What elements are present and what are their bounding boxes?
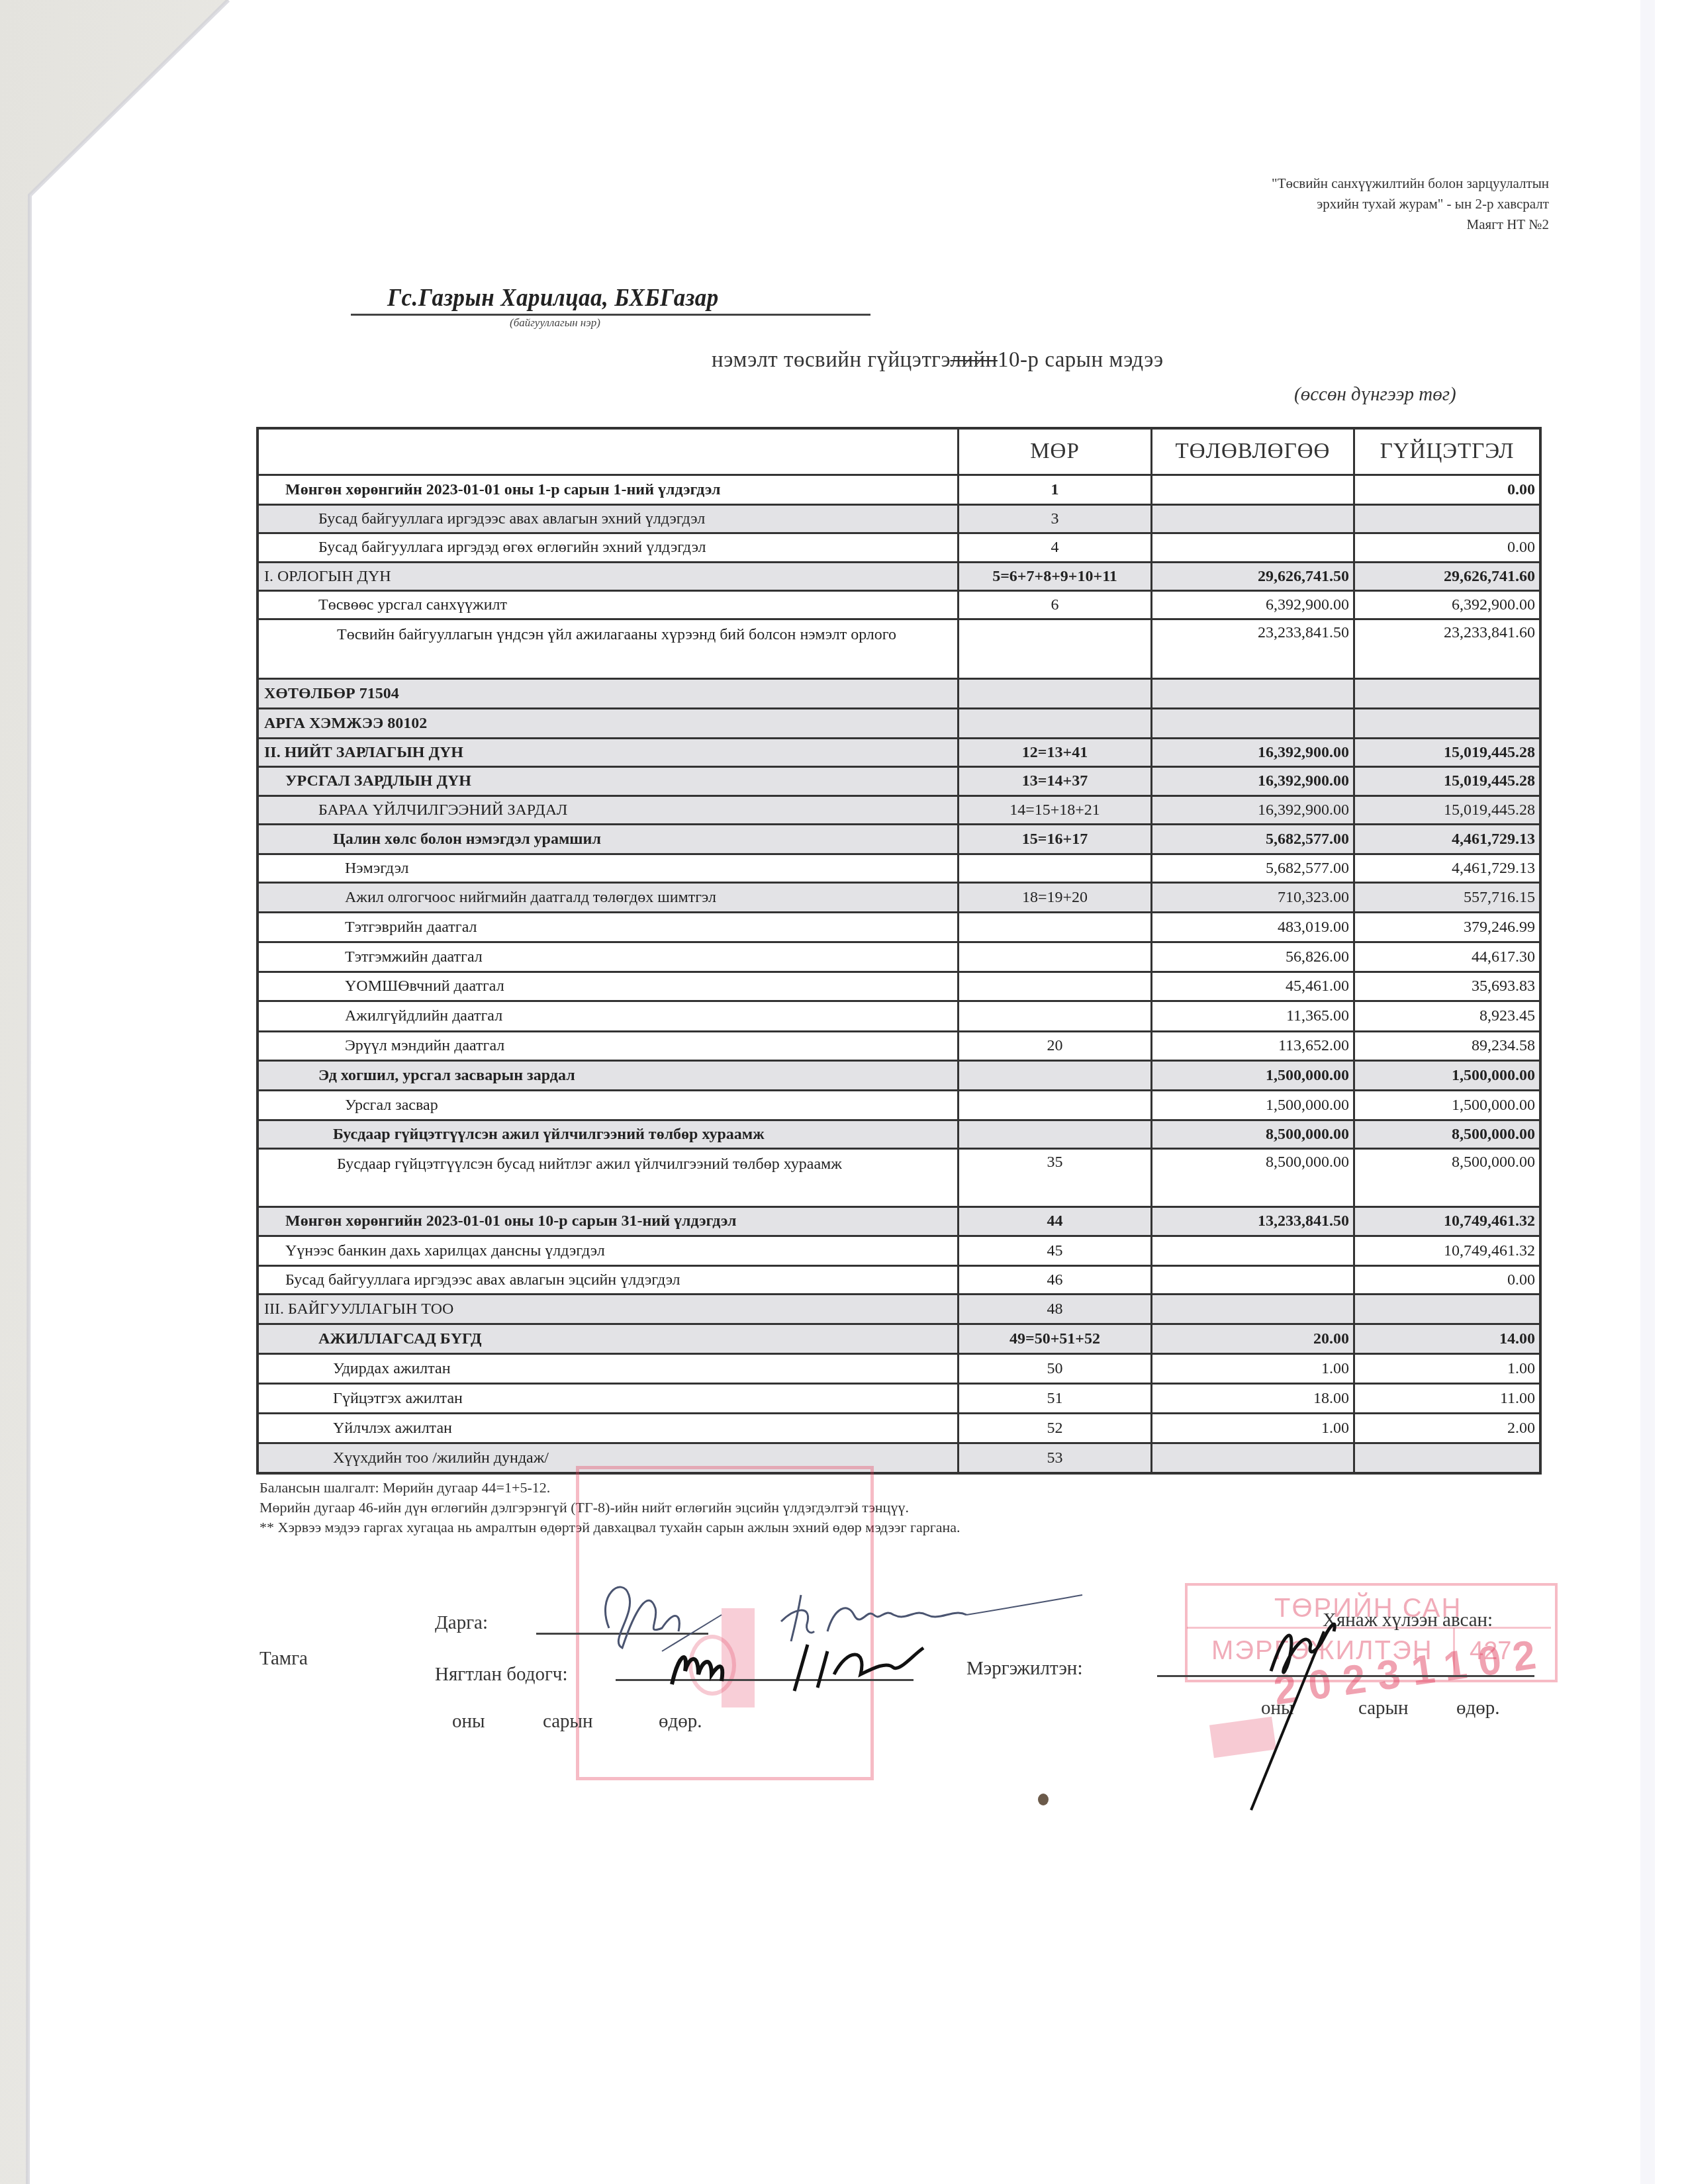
execution-value xyxy=(1353,680,1539,707)
plan-value xyxy=(1150,534,1353,561)
seal-label: Тамга xyxy=(259,1648,308,1670)
execution-value: 1,500,000.00 xyxy=(1353,1062,1539,1089)
scan-edge-strip xyxy=(1640,0,1655,2184)
row-number: 15=16+17 xyxy=(957,825,1150,853)
plan-value: 56,826.00 xyxy=(1150,943,1353,971)
plan-value xyxy=(1150,680,1353,707)
report-title: нэмэлт төсвийн гүйцэтгэлийн10-р сарын мэ… xyxy=(712,348,1164,373)
header-plan: ТӨЛӨВЛӨГӨӨ xyxy=(1150,430,1353,474)
plan-value: 20.00 xyxy=(1150,1325,1353,1353)
table-row: Үүнээс банкин дахь харилцах дансны үлдэг… xyxy=(259,1235,1539,1265)
table-row: Ажил олгогчоос нийгмийн даатгалд төлөгдө… xyxy=(259,882,1539,911)
organization-underline xyxy=(351,314,870,316)
execution-value: 379,246.99 xyxy=(1353,913,1539,941)
row-number: 46 xyxy=(957,1267,1150,1293)
row-label: ХӨТӨЛБӨР 71504 xyxy=(259,680,957,707)
row-label: Бусад байгууллага иргэдээс авах авлагын … xyxy=(259,1267,957,1293)
row-label: Үүнээс банкин дахь харилцах дансны үлдэг… xyxy=(259,1237,957,1265)
execution-value: 6,392,900.00 xyxy=(1353,592,1539,618)
plan-value: 29,626,741.50 xyxy=(1150,563,1353,590)
execution-value: 11.00 xyxy=(1353,1385,1539,1412)
execution-value: 44,617.30 xyxy=(1353,943,1539,971)
table-row: АРГА ХЭМЖЭЭ 80102 xyxy=(259,707,1539,737)
right-date-year: оны xyxy=(1261,1698,1294,1719)
specialist-signature-line xyxy=(1157,1675,1534,1677)
date-stamp-block xyxy=(1209,1717,1276,1758)
title-struck-text: лийн xyxy=(950,348,997,372)
execution-value: 557,716.15 xyxy=(1353,884,1539,911)
plan-value: 18.00 xyxy=(1150,1385,1353,1412)
row-label: УРСГАЛ ЗАРДЛЫН ДҮН xyxy=(259,768,957,795)
row-number: 48 xyxy=(957,1295,1150,1323)
row-number: 18=19+20 xyxy=(957,884,1150,911)
row-label: Мөнгөн хөрөнгийн 2023-01-01 оны 1-р сары… xyxy=(259,476,957,504)
organization-name: Гс.Газрын Харилцаа, БХБГазар xyxy=(387,283,719,312)
header-label xyxy=(259,430,957,474)
row-label: Нэмэгдэл xyxy=(259,855,957,882)
row-label: Төсвийн байгууллагын үндсэн үйл ажилагаа… xyxy=(259,620,957,678)
execution-value: 4,461,729.13 xyxy=(1353,855,1539,882)
right-date-day: өдөр. xyxy=(1456,1698,1500,1719)
plan-value: 113,652.00 xyxy=(1150,1032,1353,1060)
plan-value: 16,392,900.00 xyxy=(1150,797,1353,823)
title-suffix: 10-р сарын мэдээ xyxy=(998,348,1164,372)
table-row: Удирдах ажилтан501.001.00 xyxy=(259,1353,1539,1383)
row-number: 35 xyxy=(957,1150,1150,1206)
row-number: 49=50+51+52 xyxy=(957,1325,1150,1353)
plan-value: 1.00 xyxy=(1150,1414,1353,1442)
unit-note: (өссөн дүнгээр төг) xyxy=(1294,384,1456,406)
row-label: Цалин хөлс болон нэмэгдэл урамшил xyxy=(259,825,957,853)
execution-value: 1.00 xyxy=(1353,1355,1539,1383)
execution-value: 8,500,000.00 xyxy=(1353,1121,1539,1148)
row-number xyxy=(957,709,1150,737)
plan-value xyxy=(1150,476,1353,504)
table-header-row: МӨР ТӨЛӨВЛӨГӨӨ ГҮЙЦЭТГЭЛ xyxy=(259,430,1539,474)
plan-value xyxy=(1150,709,1353,737)
table-row: Бусад байгууллага иргэдээс авах авлагын … xyxy=(259,504,1539,532)
table-row: Мөнгөн хөрөнгийн 2023-01-01 оны 1-р сары… xyxy=(259,474,1539,504)
reference-line-3: Маягт НТ №2 xyxy=(1139,214,1549,235)
organization-caption: (байгууллагын нэр) xyxy=(510,316,600,330)
table-row: АЖИЛЛАГСАД БҮГД49=50+51+5220.0014.00 xyxy=(259,1323,1539,1353)
ink-dot xyxy=(1038,1794,1049,1805)
table-row: Бусад байгууллага иргэдээс авах авлагын … xyxy=(259,1265,1539,1293)
execution-value xyxy=(1353,506,1539,532)
row-number: 3 xyxy=(957,506,1150,532)
execution-value: 15,019,445.28 xyxy=(1353,739,1539,766)
specialist-label: Мэргэжилтэн: xyxy=(966,1658,1082,1680)
plan-value: 16,392,900.00 xyxy=(1150,768,1353,795)
table-row: Хүүхдийн тоо /жилийн дундаж/53 xyxy=(259,1442,1539,1472)
table-row: Тэтгэмжийн даатгал56,826.0044,617.30 xyxy=(259,941,1539,971)
row-label: АРГА ХЭМЖЭЭ 80102 xyxy=(259,709,957,737)
row-label: БАРАА ҮЙЛЧИЛГЭЭНИЙ ЗАРДАЛ xyxy=(259,797,957,823)
director-label: Дарга: xyxy=(435,1612,488,1634)
execution-value xyxy=(1353,709,1539,737)
row-number: 52 xyxy=(957,1414,1150,1442)
row-label: АЖИЛЛАГСАД БҮГД xyxy=(259,1325,957,1353)
table-row: Тэтгэврийн даатгал483,019.00379,246.99 xyxy=(259,911,1539,941)
plan-value: 13,233,841.50 xyxy=(1150,1208,1353,1235)
table-row: Төсвийн байгууллагын үндсэн үйл ажилагаа… xyxy=(259,618,1539,678)
row-label: Гүйцэтгэх ажилтан xyxy=(259,1385,957,1412)
row-number: 13=14+37 xyxy=(957,768,1150,795)
accountant-label: Нягтлан бодогч: xyxy=(435,1664,567,1686)
execution-value: 29,626,741.60 xyxy=(1353,563,1539,590)
row-number: 51 xyxy=(957,1385,1150,1412)
plan-value: 1.00 xyxy=(1150,1355,1353,1383)
row-label: Бусдаар гүйцэтгүүлсэн ажил үйлчилгээний … xyxy=(259,1121,957,1148)
execution-value: 1,500,000.00 xyxy=(1353,1091,1539,1119)
execution-value: 10,749,461.32 xyxy=(1353,1237,1539,1265)
row-number xyxy=(957,1062,1150,1089)
table-row: Бусдаар гүйцэтгүүлсэн ажил үйлчилгээний … xyxy=(259,1119,1539,1148)
row-number: 45 xyxy=(957,1237,1150,1265)
seal-emblem xyxy=(688,1635,736,1696)
execution-value: 0.00 xyxy=(1353,476,1539,504)
plan-value: 23,233,841.50 xyxy=(1150,620,1353,678)
form-reference: "Төсвийн санхүүжилтийн болон зарцуулалты… xyxy=(1139,173,1549,235)
row-number xyxy=(957,855,1150,882)
table-row: Эрүүл мэндийн даатгал20113,652.0089,234.… xyxy=(259,1030,1539,1060)
row-number xyxy=(957,1091,1150,1119)
reference-line-1: "Төсвийн санхүүжилтийн болон зарцуулалты… xyxy=(1139,173,1549,194)
row-label: Бусад байгууллага иргэдэд өгөх өглөгийн … xyxy=(259,534,957,561)
row-label: ҮОМШӨвчний даатгал xyxy=(259,973,957,1000)
received-label: Хянаж хүлээн авсан: xyxy=(1323,1610,1493,1631)
plan-value: 45,461.00 xyxy=(1150,973,1353,1000)
row-label: I. ОРЛОГЫН ДҮН xyxy=(259,563,957,590)
execution-value: 8,923.45 xyxy=(1353,1002,1539,1030)
execution-value: 89,234.58 xyxy=(1353,1032,1539,1060)
plan-value: 5,682,577.00 xyxy=(1150,855,1353,882)
row-number: 12=13+41 xyxy=(957,739,1150,766)
row-label: Төсвөөс урсгал санхүүжилт xyxy=(259,592,957,618)
row-label: Эрүүл мэндийн даатгал xyxy=(259,1032,957,1060)
accountant-signature-line xyxy=(616,1679,914,1681)
row-label: Ажил олгогчоос нийгмийн даатгалд төлөгдө… xyxy=(259,884,957,911)
left-date-day: өдөр. xyxy=(659,1711,702,1733)
table-row: Эд хогшил, урсгал засварын зардал1,500,0… xyxy=(259,1060,1539,1089)
plan-value: 6,392,900.00 xyxy=(1150,592,1353,618)
row-number xyxy=(957,1121,1150,1148)
row-label: III. БАЙГУУЛЛАГЫН ТОО xyxy=(259,1295,957,1323)
header-row-number: МӨР xyxy=(957,430,1150,474)
row-number: 1 xyxy=(957,476,1150,504)
table-row: ХӨТӨЛБӨР 71504 xyxy=(259,678,1539,707)
row-number xyxy=(957,1002,1150,1030)
title-prefix: нэмэлт төсвийн гүйцэтгэ xyxy=(712,348,950,372)
row-number: 50 xyxy=(957,1355,1150,1383)
row-number: 44 xyxy=(957,1208,1150,1235)
row-number: 14=15+18+21 xyxy=(957,797,1150,823)
table-row: Үйлчлэх ажилтан521.002.00 xyxy=(259,1412,1539,1442)
plan-value: 11,365.00 xyxy=(1150,1002,1353,1030)
row-label: Эд хогшил, урсгал засварын зардал xyxy=(259,1062,957,1089)
plan-value: 16,392,900.00 xyxy=(1150,739,1353,766)
table-row: Мөнгөн хөрөнгийн 2023-01-01 оны 10-р сар… xyxy=(259,1206,1539,1235)
plan-value xyxy=(1150,1237,1353,1265)
plan-value: 710,323.00 xyxy=(1150,884,1353,911)
execution-value: 0.00 xyxy=(1353,534,1539,561)
plan-value: 8,500,000.00 xyxy=(1150,1150,1353,1206)
table-row: Нэмэгдэл5,682,577.004,461,729.13 xyxy=(259,853,1539,882)
execution-value: 23,233,841.60 xyxy=(1353,620,1539,678)
execution-value xyxy=(1353,1444,1539,1472)
plan-value: 1,500,000.00 xyxy=(1150,1091,1353,1119)
plan-value: 5,682,577.00 xyxy=(1150,825,1353,853)
budget-report-table: МӨР ТӨЛӨВЛӨГӨӨ ГҮЙЦЭТГЭЛ Мөнгөн хөрөнгий… xyxy=(256,427,1542,1475)
right-date-month: сарын xyxy=(1358,1698,1409,1719)
table-row: III. БАЙГУУЛЛАГЫН ТОО48 xyxy=(259,1293,1539,1323)
plan-value xyxy=(1150,1295,1353,1323)
row-number xyxy=(957,620,1150,678)
row-label: Мөнгөн хөрөнгийн 2023-01-01 оны 10-р сар… xyxy=(259,1208,957,1235)
plan-value xyxy=(1150,506,1353,532)
execution-value: 10,749,461.32 xyxy=(1353,1208,1539,1235)
table-row: ҮОМШӨвчний даатгал45,461.0035,693.83 xyxy=(259,971,1539,1000)
execution-value: 4,461,729.13 xyxy=(1353,825,1539,853)
table-row: УРСГАЛ ЗАРДЛЫН ДҮН13=14+3716,392,900.001… xyxy=(259,766,1539,795)
left-date-year: оны xyxy=(452,1711,485,1733)
table-row: БАРАА ҮЙЛЧИЛГЭЭНИЙ ЗАРДАЛ14=15+18+2116,3… xyxy=(259,795,1539,823)
left-date-month: сарын xyxy=(543,1711,593,1733)
row-number: 53 xyxy=(957,1444,1150,1472)
plan-value xyxy=(1150,1444,1353,1472)
execution-value xyxy=(1353,1295,1539,1323)
table-row: Урсгал засвар1,500,000.001,500,000.00 xyxy=(259,1089,1539,1119)
table-row: Бусад байгууллага иргэдэд өгөх өглөгийн … xyxy=(259,532,1539,561)
execution-value: 0.00 xyxy=(1353,1267,1539,1293)
row-label: II. НИЙТ ЗАРЛАГЫН ДҮН xyxy=(259,739,957,766)
row-label: Бусад байгууллага иргэдээс авах авлагын … xyxy=(259,506,957,532)
reference-line-2: эрхийн тухай журам" - ын 2-р хавсралт xyxy=(1139,194,1549,214)
row-label: Үйлчлэх ажилтан xyxy=(259,1414,957,1442)
row-label: Ажилгүйдлийн даатгал xyxy=(259,1002,957,1030)
execution-value: 14.00 xyxy=(1353,1325,1539,1353)
row-number: 5=6+7+8+9+10+11 xyxy=(957,563,1150,590)
row-number xyxy=(957,680,1150,707)
row-label: Удирдах ажилтан xyxy=(259,1355,957,1383)
plan-value: 1,500,000.00 xyxy=(1150,1062,1353,1089)
plan-value xyxy=(1150,1267,1353,1293)
row-number xyxy=(957,943,1150,971)
plan-value: 8,500,000.00 xyxy=(1150,1121,1353,1148)
row-label: Урсгал засвар xyxy=(259,1091,957,1119)
row-number xyxy=(957,973,1150,1000)
table-row: Цалин хөлс болон нэмэгдэл урамшил15=16+1… xyxy=(259,823,1539,853)
execution-value: 15,019,445.28 xyxy=(1353,797,1539,823)
table-row: Ажилгүйдлийн даатгал11,365.008,923.45 xyxy=(259,1000,1539,1030)
execution-value: 2.00 xyxy=(1353,1414,1539,1442)
table-row: I. ОРЛОГЫН ДҮН5=6+7+8+9+10+1129,626,741.… xyxy=(259,561,1539,590)
row-number xyxy=(957,913,1150,941)
row-label: Тэтгэмжийн даатгал xyxy=(259,943,957,971)
row-label: Бусдаар гүйцэтгүүлсэн бусад нийтлэг ажил… xyxy=(259,1150,957,1206)
row-label: Тэтгэврийн даатгал xyxy=(259,913,957,941)
row-number: 6 xyxy=(957,592,1150,618)
execution-value: 8,500,000.00 xyxy=(1353,1150,1539,1206)
header-execution: ГҮЙЦЭТГЭЛ xyxy=(1353,430,1539,474)
execution-value: 35,693.83 xyxy=(1353,973,1539,1000)
table-row: II. НИЙТ ЗАРЛАГЫН ДҮН12=13+4116,392,900.… xyxy=(259,737,1539,766)
plan-value: 483,019.00 xyxy=(1150,913,1353,941)
table-row: Бусдаар гүйцэтгүүлсэн бусад нийтлэг ажил… xyxy=(259,1148,1539,1206)
table-row: Гүйцэтгэх ажилтан5118.0011.00 xyxy=(259,1383,1539,1412)
row-number: 4 xyxy=(957,534,1150,561)
table-row: Төсвөөс урсгал санхүүжилт66,392,900.006,… xyxy=(259,590,1539,618)
row-number: 20 xyxy=(957,1032,1150,1060)
director-signature-line xyxy=(536,1633,708,1635)
execution-value: 15,019,445.28 xyxy=(1353,768,1539,795)
